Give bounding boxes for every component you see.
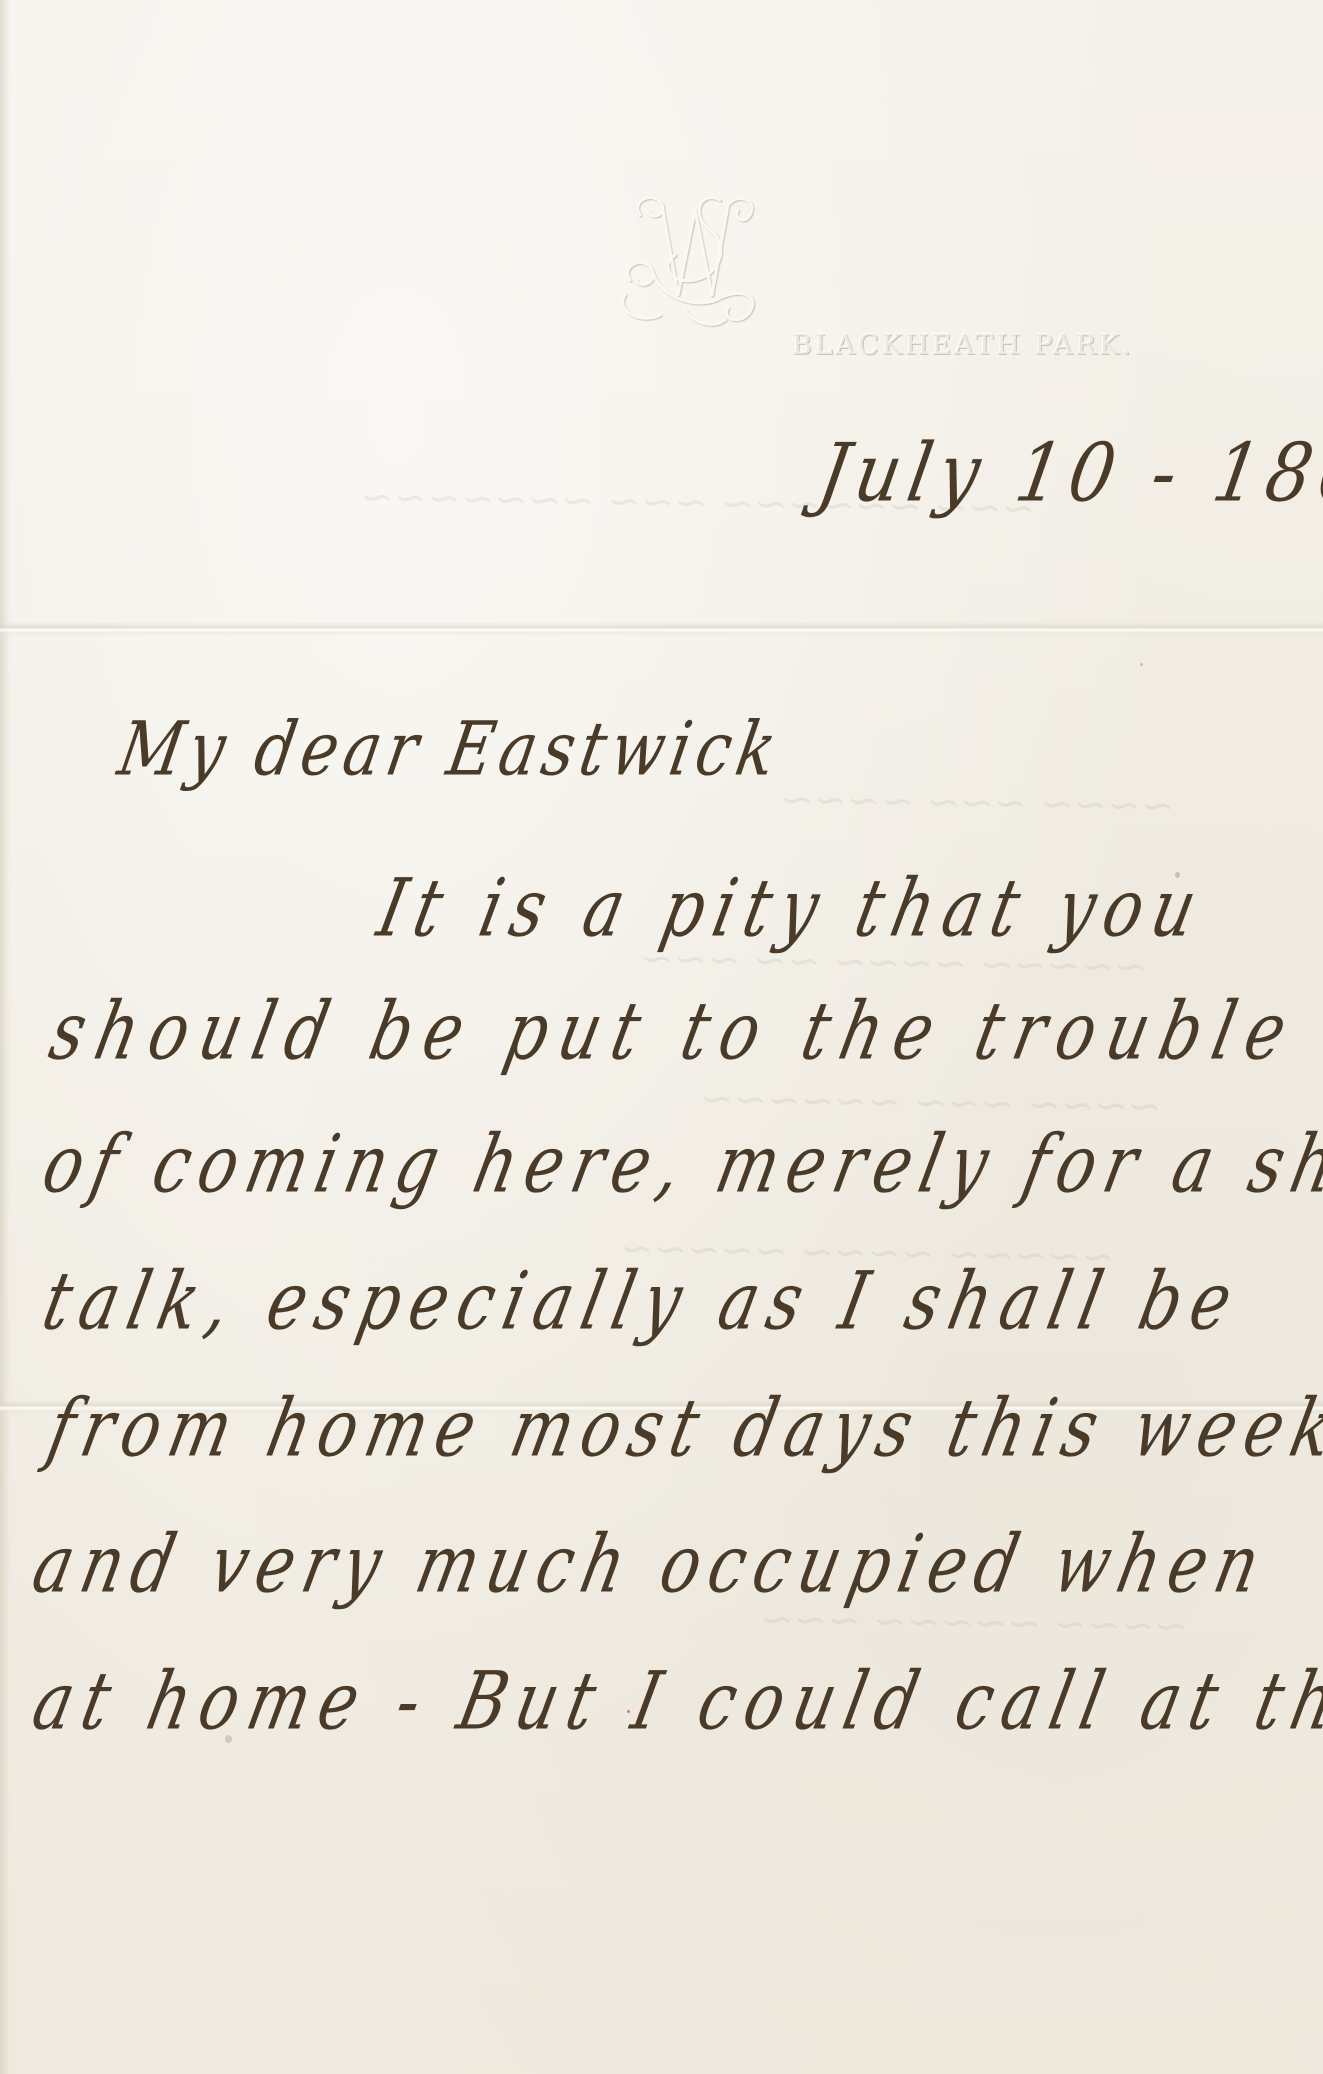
letter-salutation: My dear Eastwick	[112, 705, 789, 793]
bleed-through-text: ~~~~ ~~~ ~~~~	[780, 777, 1175, 830]
letter-date: July 10 - 1866	[812, 426, 1323, 520]
foxing-spot	[627, 1710, 630, 1713]
foxing-spot	[1140, 663, 1143, 666]
paper-fold-crease	[0, 622, 1323, 636]
embossed-monogram-icon	[600, 170, 780, 335]
body-line: of coming here, merely for a short	[35, 1119, 1323, 1212]
body-line: It is a pity that you	[370, 863, 1214, 956]
body-line: at home - But I could call at the	[25, 1656, 1323, 1749]
foxing-spot	[1175, 872, 1180, 878]
body-line: talk, especially as I shall be	[35, 1256, 1249, 1349]
letter-page: ~~~ ~~~~~~ ~~~ ~~~~~~~ ~~~~ ~~~ ~~~~ ~~~…	[0, 0, 1323, 2074]
body-line: should be put to the trouble	[42, 986, 1306, 1079]
letterhead-address: BLACKHEATH PARK.	[792, 330, 1134, 361]
body-line: and very much occupied when	[25, 1519, 1276, 1612]
body-line: from home most days this week,	[40, 1383, 1323, 1476]
foxing-spot	[225, 1735, 232, 1743]
